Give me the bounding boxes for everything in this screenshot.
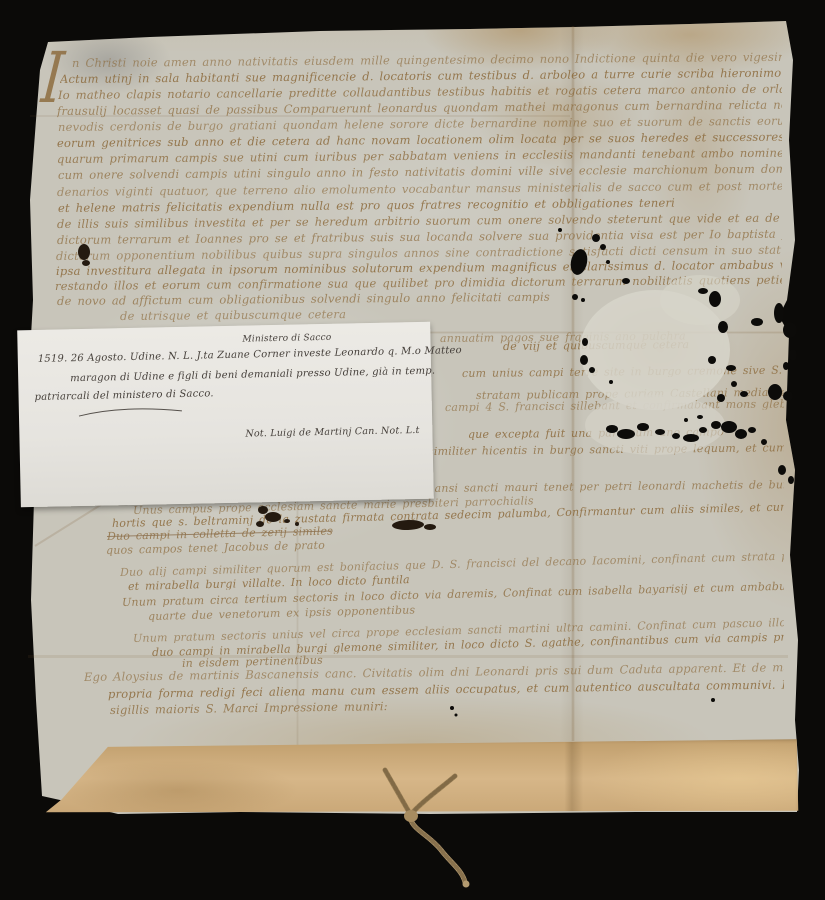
note-attribution: Not. Luigi de Martinj Can. Not. L.t: [245, 426, 419, 439]
note-line: maragon di Udine e figli di beni demania…: [70, 367, 435, 385]
plica-fold: [42, 737, 799, 813]
note-heading: Ministero di Sacco: [242, 334, 331, 345]
note-underline-flourish: [77, 407, 187, 419]
note-line: 1519. 26 Agosto. Udine. N. L. J.ta Zuane…: [38, 346, 462, 365]
note-line: patriarcali del ministero di Sacco.: [35, 389, 214, 403]
manuscript-photo: I n Christi noie amen anno nativitatis e…: [0, 0, 825, 900]
archival-note: Ministero di Sacco 1519. 26 Agosto. Udin…: [17, 322, 434, 508]
